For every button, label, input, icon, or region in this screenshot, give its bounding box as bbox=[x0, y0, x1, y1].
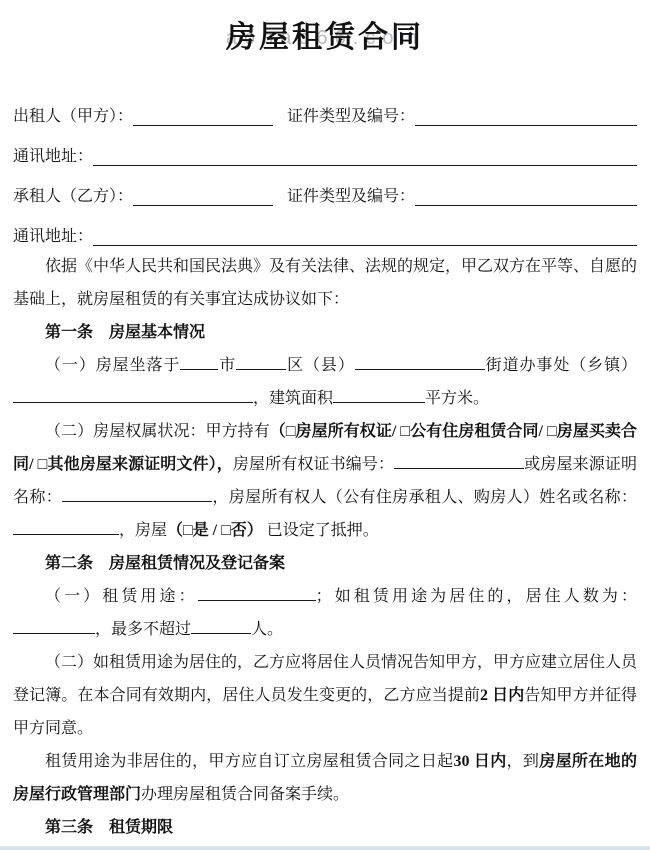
landlord-label: 出租人（甲方）： bbox=[13, 103, 133, 126]
article2-clause1: （一）租赁用途：；如租赁用途为居住的，居住人数为：，最多不超过人。 bbox=[13, 580, 637, 646]
article2-clause2: （二）如租赁用途为居住的，乙方应将居住人员情况告知甲方，甲方应建立居住人员登记簿… bbox=[13, 646, 637, 745]
tenant-name-row: 承租人（乙方）： 证件类型及编号： bbox=[13, 178, 637, 206]
contract-page: aobao66.com 房屋租赁合同 出租人（甲方）： 证件类型及编号： 通讯地… bbox=[0, 0, 650, 850]
tenant-id-label: 证件类型及编号： bbox=[287, 183, 415, 206]
article1-heading: 第一条 房屋基本情况 bbox=[13, 316, 637, 349]
tenant-label: 承租人（乙方）： bbox=[13, 183, 133, 206]
a1c1-text-1: （一）房屋坐落于 bbox=[45, 357, 180, 374]
a2c3-text-1: 租赁用途为非居住的，甲方应自订立房屋租赁合同之日起 bbox=[45, 753, 454, 770]
a2c1-text-3: ，最多不超过 bbox=[95, 621, 191, 638]
landlord-block: 出租人（甲方）： 证件类型及编号： 通讯地址： bbox=[13, 98, 637, 166]
parties-section: 出租人（甲方）： 证件类型及编号： 通讯地址： 承租人（乙方）： 证件类型及编号… bbox=[13, 98, 637, 246]
a1c2-text-4: ，房屋所有权人（公有住房承租人、购房人）姓名或名称： bbox=[212, 489, 637, 506]
a2c1-text-2: ；如租赁用途为居住的，居住人数为： bbox=[316, 588, 637, 605]
owner-name-blank bbox=[13, 518, 119, 535]
tenant-id-blank bbox=[415, 183, 637, 206]
source-proof-name-blank bbox=[62, 485, 212, 502]
certificate-number-blank bbox=[394, 452, 524, 469]
tenant-address-blank bbox=[93, 223, 637, 246]
a1c1-text-3: 区（县） bbox=[286, 357, 355, 374]
tenant-address-row: 通讯地址： bbox=[13, 218, 637, 246]
max-occupants-blank bbox=[191, 617, 251, 634]
article1-clause1: （一）房屋坐落于市区（县）街道办事处（乡镇），建筑面积平方米。 bbox=[13, 349, 637, 415]
floor-area-blank bbox=[333, 386, 425, 403]
subdistrict-blank bbox=[355, 353, 485, 370]
a2c2-notice-days-bold: 2 日内 bbox=[480, 687, 524, 704]
a1c1-text-5: ，建筑面积 bbox=[253, 390, 333, 407]
contract-body: 依据《中华人民共和国民法典》及有关法律、法规的规定，甲乙双方在平等、自愿的基础上… bbox=[13, 250, 637, 844]
a2c3-text-2: ，到 bbox=[507, 753, 540, 770]
article3-heading: 第三条 租赁期限 bbox=[13, 811, 637, 844]
a2c1-text-4: 人。 bbox=[251, 621, 283, 638]
a2c3-filing-days-bold: 30 日内 bbox=[454, 753, 507, 770]
a1c2-text-6: 已设定了抵押。 bbox=[263, 522, 379, 539]
a1c1-text-2: 市 bbox=[218, 357, 236, 374]
landlord-id-label: 证件类型及编号： bbox=[287, 103, 415, 126]
a2c3-text-3: 办理房屋租赁合同备案手续。 bbox=[141, 786, 349, 803]
page-bottom-divider bbox=[0, 846, 650, 850]
a1c1-text-4: 街道办事处（乡镇） bbox=[485, 357, 637, 374]
landlord-name-row: 出租人（甲方）： 证件类型及编号： bbox=[13, 98, 637, 126]
contract-title: 房屋租赁合同 bbox=[13, 12, 637, 56]
a2c1-text-1: （一）租赁用途： bbox=[45, 588, 198, 605]
landlord-name-blank bbox=[133, 103, 273, 126]
landlord-address-blank bbox=[93, 143, 637, 166]
landlord-id-blank bbox=[415, 103, 637, 126]
occupant-count-blank bbox=[13, 617, 95, 634]
page-content: aobao66.com 房屋租赁合同 出租人（甲方）： 证件类型及编号： 通讯地… bbox=[0, 0, 650, 844]
a1c2-text-2: 房屋所有权证书编号： bbox=[233, 456, 394, 473]
a1c1-text-6: 平方米。 bbox=[425, 390, 489, 407]
a1c2-text-5: ，房屋 bbox=[119, 522, 167, 539]
preamble-paragraph: 依据《中华人民共和国民法典》及有关法律、法规的规定，甲乙双方在平等、自愿的基础上… bbox=[13, 250, 637, 316]
title-block: aobao66.com 房屋租赁合同 bbox=[13, 0, 637, 56]
article2-heading: 第二条 房屋租赁情况及登记备案 bbox=[13, 547, 637, 580]
article1-clause2: （二）房屋权属状况：甲方持有（□房屋所有权证/ □公有住房租赁合同/ □房屋买卖… bbox=[13, 415, 637, 547]
lease-purpose-blank bbox=[198, 584, 316, 601]
tenant-name-blank bbox=[133, 183, 273, 206]
city-blank bbox=[180, 353, 218, 370]
tenant-block: 承租人（乙方）： 证件类型及编号： 通讯地址： bbox=[13, 178, 637, 246]
tenant-address-label: 通讯地址： bbox=[13, 223, 93, 246]
district-blank bbox=[236, 353, 286, 370]
article2-clause3: 租赁用途为非居住的，甲方应自订立房屋租赁合同之日起30 日内，到房屋所在地的房屋… bbox=[13, 745, 637, 811]
a1c2-mortgage-checkbox-bold: （□是 / □否） bbox=[167, 522, 263, 539]
landlord-address-row: 通讯地址： bbox=[13, 138, 637, 166]
a1c2-text-1: （二）房屋权属状况：甲方持有 bbox=[45, 423, 270, 440]
street-address-blank bbox=[13, 386, 253, 403]
landlord-address-label: 通讯地址： bbox=[13, 143, 93, 166]
